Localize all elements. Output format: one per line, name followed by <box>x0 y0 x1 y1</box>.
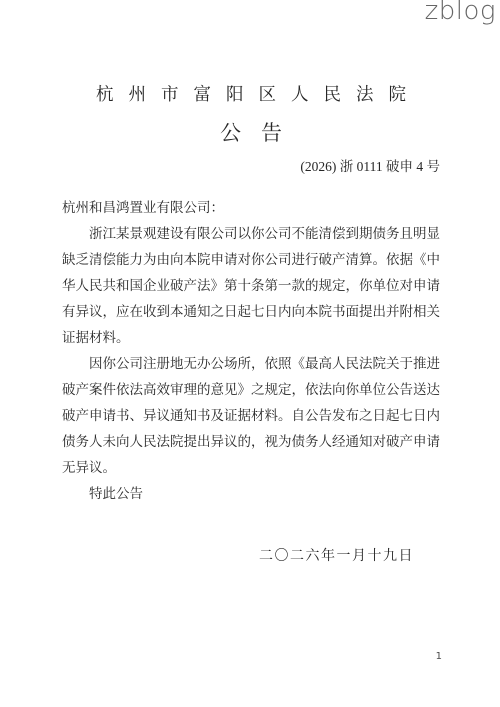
page-number: 1 <box>436 651 442 663</box>
document-page: zblog 杭州市富阳区人民法院 公告 (2026) 浙 0111 破申 4 号… <box>0 0 500 707</box>
notice-body: 杭州和昌鸿置业有限公司： 浙江某景观建设有限公司以你公司不能清偿到期债务且明显缺… <box>62 195 440 507</box>
court-name-heading: 杭州市富阳区人民法院 <box>62 84 440 105</box>
notice-title: 公告 <box>62 121 440 145</box>
addressee-line: 杭州和昌鸿置业有限公司： <box>62 195 440 221</box>
paragraph-public-service: 因你公司注册地无办公场所，依照《最高人民法院关于推进破产案件依法高效审理的意见》… <box>62 351 440 481</box>
paragraph-bankruptcy-application: 浙江某景观建设有限公司以你公司不能清偿到期债务且明显缺乏清偿能力为由向本院申请对… <box>62 221 440 351</box>
case-number: (2026) 浙 0111 破申 4 号 <box>62 158 440 176</box>
issue-date: 二〇二六年一月十九日 <box>62 547 440 567</box>
notice-document: 杭州市富阳区人民法院 公告 (2026) 浙 0111 破申 4 号 杭州和昌鸿… <box>62 0 440 567</box>
closing-line: 特此公告 <box>62 481 440 507</box>
